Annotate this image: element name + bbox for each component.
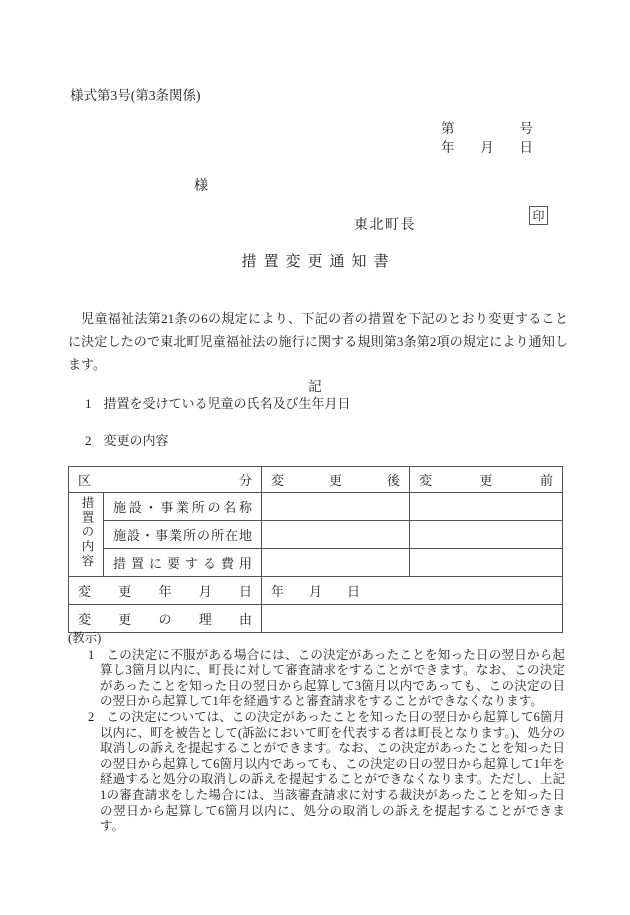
notice-item-number: 1 xyxy=(88,648,94,662)
doc-number-suffix: 号 xyxy=(520,117,534,136)
item-number: 1 xyxy=(85,396,92,411)
table-row-change-date: 変更年月日 年 月 日 xyxy=(69,577,563,605)
notice-item-2: 2この決定については、この決定があったことを知った日の翌日から起算して6箇月以内… xyxy=(68,710,565,835)
change-reason-value-cell xyxy=(262,605,563,633)
notice-heading: (教示) xyxy=(68,631,565,647)
item-number: 2 xyxy=(85,433,92,448)
document-page: 様式第3号(第3条関係) 第 号 年 月 日 様 東北町長 印 措置変更通知書 … xyxy=(0,0,630,915)
addressee-honorific: 様 xyxy=(194,175,208,195)
seal-box: 印 xyxy=(529,206,548,225)
table-header-row: 区分 変更後 変更前 xyxy=(69,467,563,493)
seal-mark: 印 xyxy=(532,207,544,224)
numbered-item-2: 2変更の内容 xyxy=(85,430,169,449)
doc-number-row: 第 号 xyxy=(441,117,533,136)
blank-after-cell xyxy=(262,493,410,521)
blank-after-cell xyxy=(262,521,410,549)
change-details-table: 区分 変更後 変更前 措置の内容 施設・事業所の名称 施設・事業所の所在地 措置… xyxy=(68,466,563,633)
row-label-cell: 措置に要する費用 xyxy=(104,549,262,577)
header-after-cell: 変更後 xyxy=(262,467,410,493)
item-text: 変更の内容 xyxy=(104,433,169,448)
change-date-label-cell: 変更年月日 xyxy=(69,577,262,605)
record-marker: 記 xyxy=(68,375,562,395)
table-row-facility-name: 措置の内容 施設・事業所の名称 xyxy=(69,493,563,521)
sender-title: 東北町長 xyxy=(354,214,416,234)
header-category-cell: 区分 xyxy=(69,467,262,493)
header-before-cell: 変更前 xyxy=(410,467,563,493)
notice-item-number: 2 xyxy=(88,710,94,724)
form-number-label: 様式第3号(第3条関係) xyxy=(70,84,201,104)
table-row-cost: 措置に要する費用 xyxy=(69,549,563,577)
table-row-facility-address: 施設・事業所の所在地 xyxy=(69,521,563,549)
change-reason-label-cell: 変更の理由 xyxy=(69,605,262,633)
doc-date-row: 年 月 日 xyxy=(441,136,533,155)
item-text: 措置を受けている児童の氏名及び生年月日 xyxy=(104,396,351,411)
date-year-label: 年 xyxy=(441,136,455,155)
row-label-cell: 施設・事業所の名称 xyxy=(104,493,262,521)
blank-before-cell xyxy=(410,521,563,549)
date-day-label: 日 xyxy=(520,136,534,155)
blank-before-cell xyxy=(410,549,563,577)
notice-item-1: 1この決定に不服がある場合には、この決定があったことを知った日の翌日から起算し3… xyxy=(68,648,565,710)
group-label-vertical-text: 措置の内容 xyxy=(78,496,96,569)
notice-item-text: この決定については、この決定があったことを知った日の翌日から起算して6箇月以内に… xyxy=(100,710,565,833)
doc-number-prefix: 第 xyxy=(441,117,455,136)
blank-before-cell xyxy=(410,493,563,521)
row-label-cell: 施設・事業所の所在地 xyxy=(104,521,262,549)
body-paragraph: 児童福祉法第21条の6の規定により、下記の者の措置を下記のとおり変更することに決… xyxy=(68,307,568,376)
legal-notice-section: (教示) 1この決定に不服がある場合には、この決定があったことを知った日の翌日か… xyxy=(68,631,565,835)
notice-item-text: この決定に不服がある場合には、この決定があったことを知った日の翌日から起算し3箇… xyxy=(100,648,565,709)
doc-meta-block: 第 号 年 月 日 xyxy=(441,117,533,155)
document-title: 措置変更通知書 xyxy=(0,250,630,271)
numbered-item-1: 1措置を受けている児童の氏名及び生年月日 xyxy=(85,393,351,412)
change-date-value-cell: 年 月 日 xyxy=(262,577,563,605)
blank-after-cell xyxy=(262,549,410,577)
table-row-change-reason: 変更の理由 xyxy=(69,605,563,633)
date-month-label: 月 xyxy=(480,136,494,155)
group-label-cell: 措置の内容 xyxy=(69,493,104,577)
